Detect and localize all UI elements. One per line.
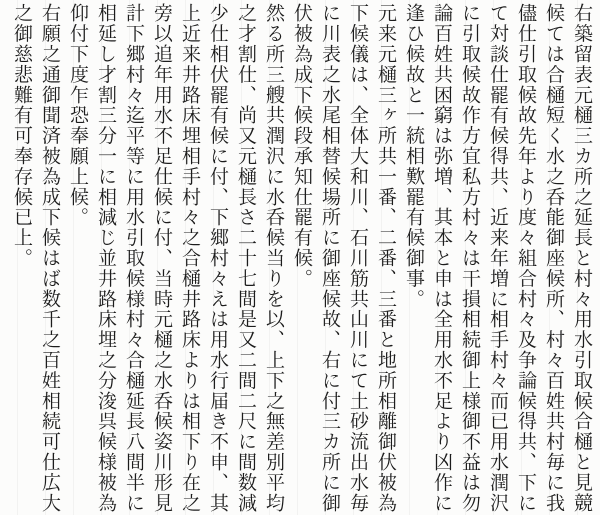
text-column-5: に引取候故作方宜私方村々は干損相続御上様御不益は勿 (455, 3, 483, 515)
text-column-9: 下候儀は、全体大和川、石川筋共山川にて土砂流出水毎 (343, 3, 371, 515)
text-column-6: 論百姓共困窮は弥増、其本と申は全用水不足より凶作に (427, 3, 455, 515)
text-column-21: 之御慈悲難有可奉存候已上。 (7, 3, 35, 515)
text-column-8: 元来元樋三ヶ所共一番、二番、三番と地所相離御伏被為 (371, 3, 399, 515)
text-column-13: 之才割仕、尚又元樋長さ二十七間是又二間二尺に間数減 (231, 3, 259, 515)
text-column-4: て対談仕罷有候得共、近来年増に相手村々而已用水潤沢 (483, 3, 511, 515)
text-column-15: 上近来井路床埋相手村々之合樋井路床よりは相下り在之 (175, 3, 203, 515)
text-column-10: に川表之水尾相替候場所に御座候故、右に付三カ所に御 (315, 3, 343, 515)
text-column-14: 少仕相伏罷有候に付、下郷村々えは用水行届き不申、其 (203, 3, 231, 515)
text-column-12: 然る所三艘共潤沢に水呑候当りを以、上下之無差別平均 (259, 3, 287, 515)
text-column-19: 仰付下度乍恐奉願上候。 (63, 3, 91, 515)
text-column-17: 計下郷村々迄平等に用水引取候様村々合樋延長八間半に (119, 3, 147, 515)
text-column-20: 右願之通御聞済被為成下候はば数千之百姓相続可仕広大 (35, 3, 63, 515)
text-column-3: 儘仕引取候故先年より度々組合村々及争論候得共、下に (511, 3, 539, 515)
text-column-2: 候ては合樋短く水之呑能御座候所、村々百姓共村毎に我 (539, 3, 567, 515)
text-column-16: 旁以追年用水不足仕候に付、当時元樋之水呑候姿川形見 (147, 3, 175, 515)
text-column-7: 逢ひ候故と一統相歎罷有候御事。 (399, 3, 427, 515)
text-column-1: 右築留表元樋三カ所之延長と村々用水引取候合樋と見競 (567, 3, 595, 515)
document-page: 右築留表元樋三カ所之延長と村々用水引取候合樋と見競 候ては合樋短く水之呑能御座候… (0, 0, 600, 515)
text-column-11: 伏被為成下候段承知仕罷有候。 (287, 3, 315, 515)
text-column-18: 相延し才割三分一に相減じ並井路床埋之分浚呉候様被為 (91, 3, 119, 515)
